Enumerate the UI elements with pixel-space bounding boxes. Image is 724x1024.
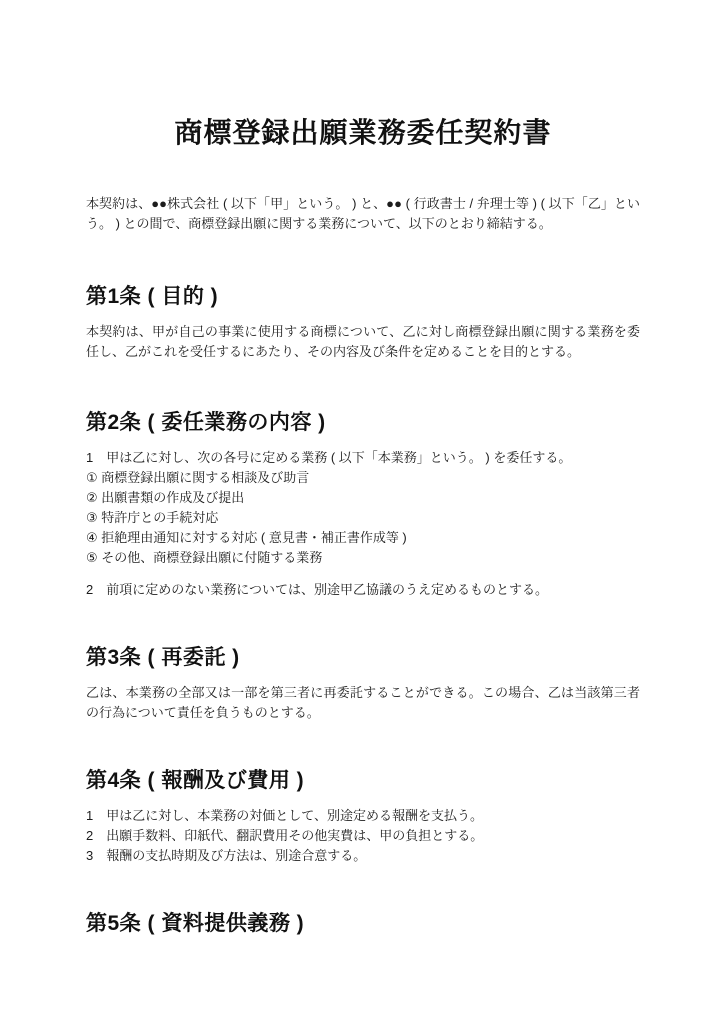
article-5-heading: 第5条 ( 資料提供義務 )	[86, 911, 640, 937]
list-item: ② 出願書類の作成及び提出	[86, 488, 640, 508]
list-item: ③ 特許庁との手続対応	[86, 508, 640, 528]
article-5: 第5条 ( 資料提供義務 )	[86, 911, 640, 937]
article-2-clause-2: 2 前項に定めのない業務については、別途甲乙協議のうえ定めるものとする。	[86, 580, 640, 600]
article-4-clause-3: 3 報酬の支払時期及び方法は、別途合意する。	[86, 846, 640, 866]
article-4-clause-2: 2 出願手数料、印紙代、翻訳費用その他実費は、甲の負担とする。	[86, 826, 640, 846]
article-4: 第4条 ( 報酬及び費用 ) 1 甲は乙に対し、本業務の対価として、別途定める報…	[86, 768, 640, 866]
article-4-heading: 第4条 ( 報酬及び費用 )	[86, 768, 640, 794]
document-page: 商標登録出願業務委任契約書 本契約は、●●株式会社 ( 以下「甲」という。 ) …	[0, 0, 724, 1024]
article-3-heading: 第3条 ( 再委託 )	[86, 645, 640, 671]
article-1: 第1条 ( 目的 ) 本契約は、甲が自己の事業に使用する商標について、乙に対し商…	[86, 284, 640, 362]
article-2-clause-1: 1 甲は乙に対し、次の各号に定める業務 ( 以下「本業務」という。 ) を委任す…	[86, 448, 640, 468]
article-2-heading: 第2条 ( 委任業務の内容 )	[86, 410, 640, 436]
article-2-body: 1 甲は乙に対し、次の各号に定める業務 ( 以下「本業務」という。 ) を委任す…	[86, 448, 640, 600]
document-title: 商標登録出願業務委任契約書	[86, 117, 640, 149]
article-3-paragraph: 乙は、本業務の全部又は一部を第三者に再委託することができる。この場合、乙は当該第…	[86, 683, 640, 723]
list-item: ① 商標登録出願に関する相談及び助言	[86, 468, 640, 488]
article-4-body: 1 甲は乙に対し、本業務の対価として、別途定める報酬を支払う。 2 出願手数料、…	[86, 806, 640, 866]
article-2: 第2条 ( 委任業務の内容 ) 1 甲は乙に対し、次の各号に定める業務 ( 以下…	[86, 410, 640, 600]
list-item: ⑤ その他、商標登録出願に付随する業務	[86, 548, 640, 568]
article-2-item-list: ① 商標登録出願に関する相談及び助言 ② 出願書類の作成及び提出 ③ 特許庁との…	[86, 468, 640, 568]
article-4-clause-1: 1 甲は乙に対し、本業務の対価として、別途定める報酬を支払う。	[86, 806, 640, 826]
list-item: ④ 拒絶理由通知に対する対応 ( 意見書・補正書作成等 )	[86, 528, 640, 548]
article-1-paragraph: 本契約は、甲が自己の事業に使用する商標について、乙に対し商標登録出願に関する業務…	[86, 322, 640, 362]
article-1-heading: 第1条 ( 目的 )	[86, 284, 640, 310]
intro-paragraph: 本契約は、●●株式会社 ( 以下「甲」という。 ) と、●● ( 行政書士 / …	[86, 194, 640, 234]
article-3: 第3条 ( 再委託 ) 乙は、本業務の全部又は一部を第三者に再委託することができ…	[86, 645, 640, 723]
